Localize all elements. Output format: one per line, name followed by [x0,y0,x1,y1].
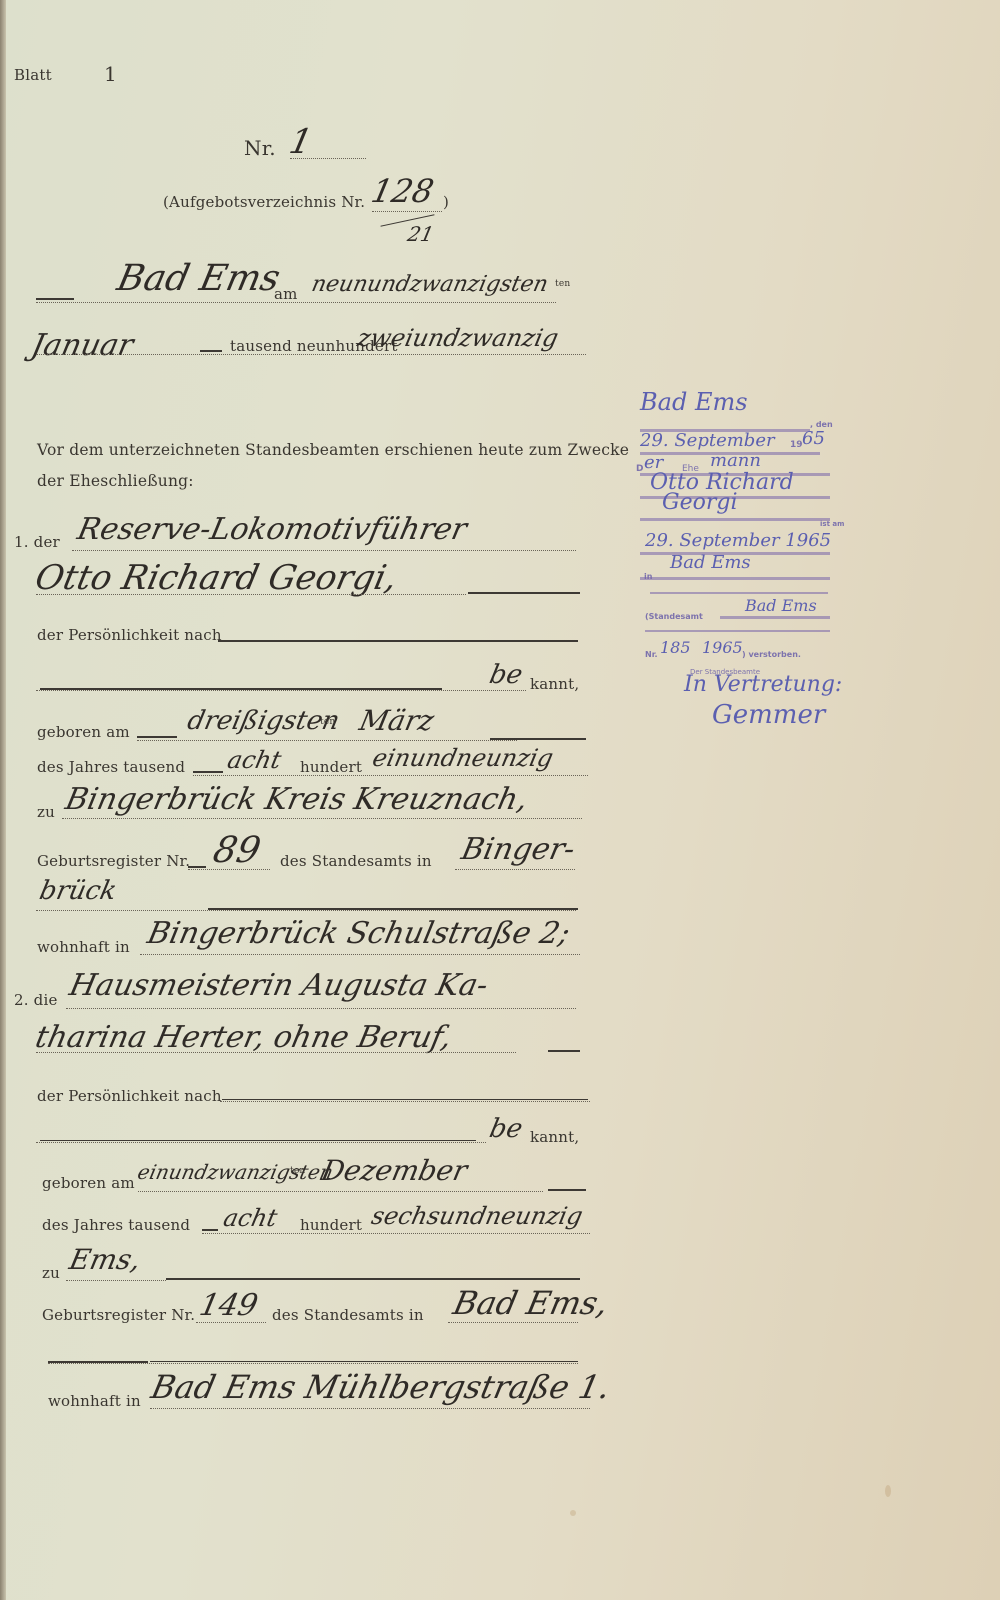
year-handwritten: zweiundzwanzig [355,324,561,352]
stamp-verstorben: ) verstorben. [742,650,801,659]
dotted-line [220,1101,590,1102]
p2-num-label: 2. die [14,991,58,1009]
stamp-line [650,592,828,594]
stamp-ehe-handwritten: mann [710,450,761,471]
stamp-standesamt: Bad Ems [745,596,817,615]
stamp-place-2: Bad Ems [670,552,751,573]
rule [490,738,586,740]
blatt-label: Blatt [14,66,52,84]
dotted-line [290,158,366,159]
p1-register-label: Geburtsregister Nr. [37,852,190,870]
p2-office: Bad Ems, [450,1284,612,1322]
p2-born-day: einundzwanzigsten [135,1160,335,1184]
rule [40,1140,476,1141]
rule [208,908,578,910]
p2-residence-label: wohnhaft in [48,1392,141,1410]
stamp-line [640,577,830,580]
p1-residence-label: wohnhaft in [37,938,130,956]
p1-office-2: brück [37,876,120,906]
intro-line-2: der Eheschließung: [37,472,194,490]
p1-year-rest: einundneunzig [370,744,556,772]
dotted-line [36,1142,486,1143]
p2-known-label: kannt, [530,1128,579,1146]
p2-year-label: des Jahres tausend [42,1216,190,1234]
p1-known-label: kannt, [530,675,579,693]
dotted-line [36,594,466,595]
hundert-label: hundert [300,758,362,776]
dotted-line [66,1008,576,1009]
stamp-line [720,616,830,619]
dotted-line [140,954,580,955]
dotted-line [72,550,576,551]
dotted-line [36,302,556,303]
dotted-line [372,211,442,212]
stamp-line [645,630,830,632]
dotted-line [36,910,576,911]
nr-label: Nr. [244,136,276,160]
rule [222,1099,588,1100]
stamp-signature-1: In Vertretung: [684,672,842,697]
dotted-line [66,1280,166,1281]
aufgebot-close: ) [443,193,449,211]
p1-occupation: Reserve-Lokomotivführer [74,512,470,547]
dotted-line [36,354,586,355]
p1-office-label: des Standesamts in [280,852,432,870]
p1-identity-label: der Persönlichkeit nach [37,626,222,644]
dotted-line [202,1233,590,1234]
dotted-line [455,869,575,870]
p2-known-handwritten: be [487,1114,525,1144]
ten-suffix: ten [290,1166,305,1176]
stamp-year-prefix: 19 [790,440,803,450]
stamp-ist-label: ist am [820,520,844,528]
p2-line-2: tharina Herter, ohne Beruf, [32,1020,455,1055]
rule [548,1050,580,1052]
nr-value: 1 [286,122,316,162]
p1-residence: Bingerbrück Schulstraße 2; [144,916,573,951]
p2-register-label: Geburtsregister Nr. [42,1306,195,1324]
stain [570,1510,576,1516]
dotted-line [48,1363,578,1364]
stain [885,1485,891,1497]
dotted-line [193,775,588,776]
am-label: am [274,285,298,303]
stamp-nr-year: 1965 [702,638,743,657]
dotted-line [138,1191,543,1192]
p1-born-label: geboren am [37,723,130,741]
dotted-line [137,740,517,741]
dotted-line [448,1322,578,1323]
stamp-date-2: 29. September 1965 [645,530,831,551]
p1-known-handwritten: be [487,660,525,690]
p2-year-hundreds: acht [221,1204,280,1232]
p2-zu-label: zu [42,1264,60,1282]
p2-residence: Bad Ems Mühlbergstraße 1. [148,1368,614,1406]
stamp-nr-label: Nr. [645,650,658,659]
p2-register-no: 149 [196,1288,261,1323]
p1-num-label: 1. der [14,533,60,551]
month-handwritten: Januar [28,328,136,363]
p1-year-hundreds: acht [225,746,284,774]
dotted-line [188,869,270,870]
rule [218,640,578,642]
hundert-label: hundert [300,1216,362,1234]
dotted-line [36,690,526,691]
rule [150,1361,578,1362]
stamp-line [640,518,830,521]
p1-born-day: dreißigsten [185,706,342,736]
rule [202,1229,218,1231]
ten-suffix: ten [320,717,335,727]
page-edge [0,0,6,1600]
stamp-signature-2: Gemmer [712,700,825,730]
p2-line-1: Hausmeisterin Augusta Ka- [66,968,491,1003]
dotted-line [36,1052,516,1053]
rule [137,736,177,738]
rule [193,771,223,773]
stamp-name-2: Georgi [662,490,737,515]
p2-year-rest: sechsundneunzig [369,1202,585,1230]
ten-suffix: ten [555,279,570,289]
rule [166,1278,580,1280]
dotted-line [150,1408,590,1409]
blatt-value: 1 [104,62,117,86]
stamp-year-1: 65 [802,428,825,449]
p1-office-1: Binger- [458,832,578,867]
intro-line-1: Vor dem unterzeichneten Standesbeamten e… [37,441,629,459]
p1-born-month: März [356,704,437,737]
place-handwritten: Bad Ems [114,258,284,299]
p2-identity-label: der Persönlichkeit nach [37,1087,222,1105]
rule [188,866,206,868]
rule [548,1189,586,1191]
p2-born-label: geboren am [42,1174,135,1192]
rule [200,350,222,352]
p1-year-label: des Jahres tausend [37,758,185,776]
aufgebot-sub: 21 [405,222,436,246]
p2-born-month: Dezember [318,1154,470,1187]
stamp-date-1: 29. September [640,430,775,451]
dotted-line [62,818,582,819]
stamp-standesamt-label: (Standesamt [645,612,703,621]
stamp-place: Bad Ems [640,388,748,416]
p1-birthplace: Bingerbrück Kreis Kreuznach, [62,782,531,817]
rule [468,592,580,594]
dotted-line [196,1322,266,1323]
p1-register-no: 89 [210,830,265,871]
p1-zu-label: zu [37,803,55,821]
p1-name: Otto Richard Georgi, [32,558,401,598]
day-handwritten: neunundzwanzigsten [309,272,550,297]
p2-office-label: des Standesamts in [272,1306,424,1324]
aufgebot-value: 128 [368,172,437,210]
aufgebot-label: (Aufgebotsverzeichnis Nr. [163,193,365,211]
stamp-nr-value: 185 [660,638,691,657]
rule [36,298,74,300]
p2-birthplace: Ems, [66,1243,143,1276]
